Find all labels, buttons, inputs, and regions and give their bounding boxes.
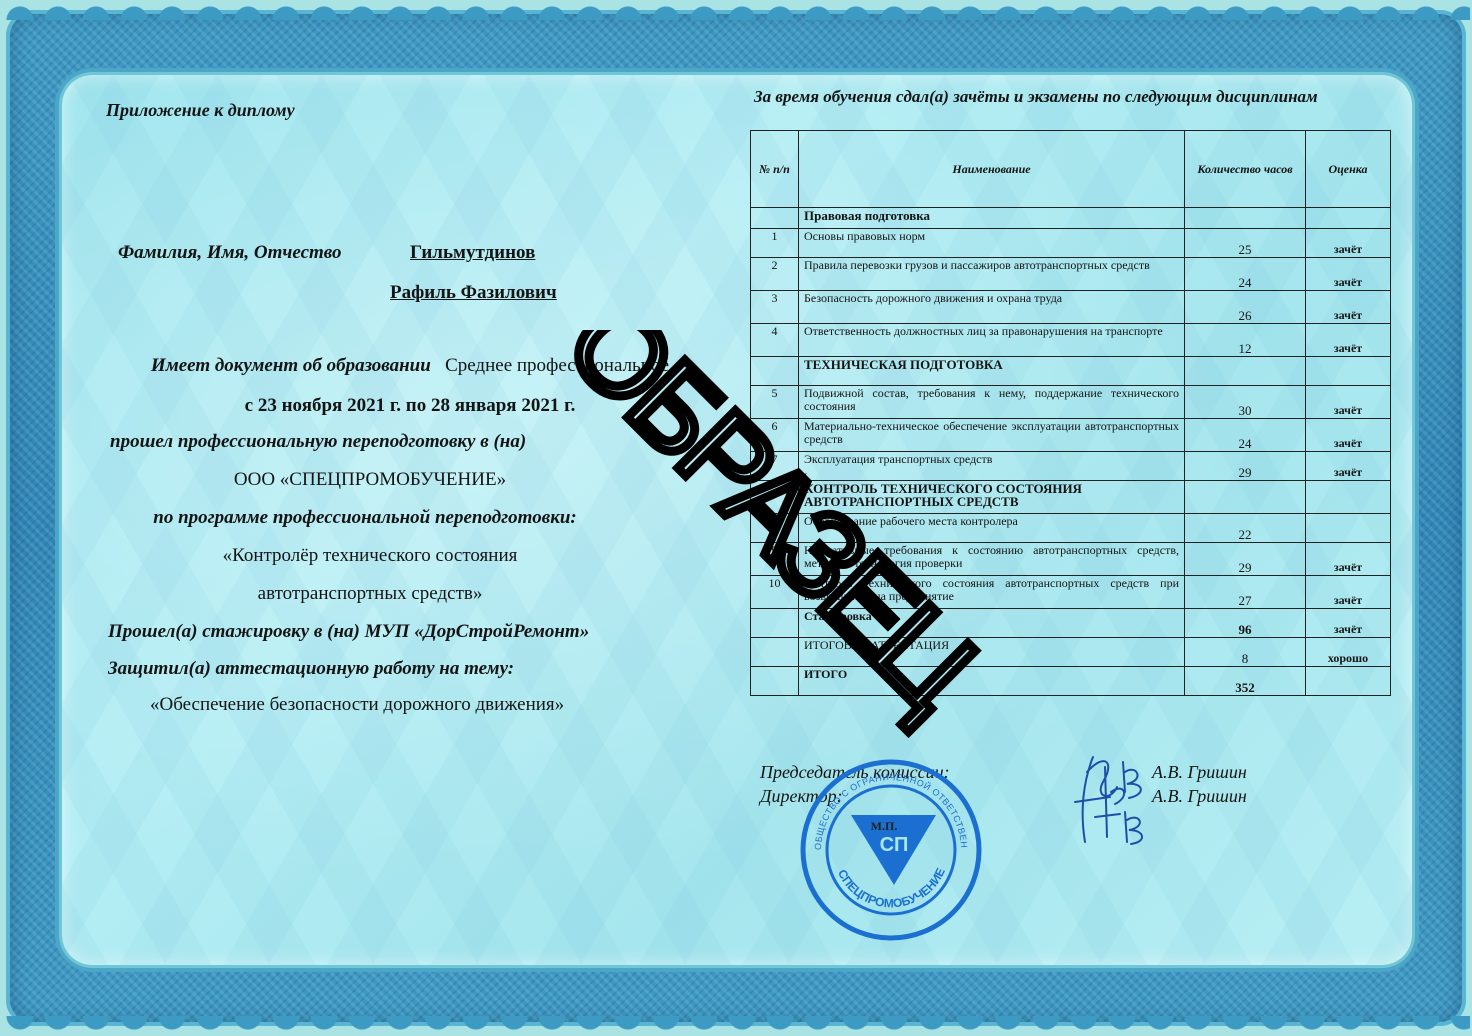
table-row: ИТОГО352	[751, 667, 1391, 696]
cell-num: 8	[751, 514, 799, 543]
cell-hours: 26	[1185, 291, 1306, 324]
internship-line: Прошел(а) стажировку в (на) МУП «ДорСтро…	[108, 621, 589, 643]
table-row: ИТОГОВАЯ АТТЕСТАЦИЯ8хорошо	[751, 638, 1391, 667]
fio-label: Фамилия, Имя, Отчество	[118, 242, 342, 264]
table-row: 6Материально-техническое обеспечение экс…	[751, 419, 1391, 452]
cell-grade: зачёт	[1306, 576, 1391, 609]
table-body: Правовая подготовка1Основы правовых норм…	[751, 208, 1391, 696]
cell-grade: зачёт	[1306, 609, 1391, 638]
cell-name: Нормативные требования к состоянию автот…	[799, 543, 1185, 576]
cell-name: Безопасность дорожного движения и охрана…	[799, 291, 1185, 324]
cell-name: Материально-техническое обеспечение эксп…	[799, 419, 1185, 452]
cell-name: ТЕХНИЧЕСКАЯ ПОДГОТОВКА	[799, 357, 1185, 386]
cell-name: ИТОГО	[799, 667, 1185, 696]
cell-hours: 25	[1185, 229, 1306, 258]
section-row: ТЕХНИЧЕСКАЯ ПОДГОТОВКА	[751, 357, 1391, 386]
cell-name: Правовая подготовка	[799, 208, 1185, 229]
program-title-line2: автотранспортных средств»	[100, 583, 640, 605]
cell-name: Эксплуатация транспортных средств	[799, 452, 1185, 481]
cell-name: Контроль технического состояния автотран…	[799, 576, 1185, 609]
cell-grade: зачёт	[1306, 419, 1391, 452]
cell-grade	[1306, 357, 1391, 386]
col-num-header: № п/п	[751, 131, 799, 208]
cell-hours	[1185, 208, 1306, 229]
cell-grade: зачёт	[1306, 386, 1391, 419]
cell-hours: 8	[1185, 638, 1306, 667]
cell-num: 2	[751, 258, 799, 291]
section-row: КОНТРОЛЬ ТЕХНИЧЕСКОГО СОСТОЯНИЯ АВТОТРАН…	[751, 481, 1391, 514]
cell-hours	[1185, 481, 1306, 514]
table-row: 4Ответственность должностных лиц за прав…	[751, 324, 1391, 357]
thesis-label: Защитил(а) аттестационную работу на тему…	[108, 658, 514, 680]
surname: Гильмутдинов	[410, 242, 535, 264]
retraining-label: прошел профессиональную переподготовку в…	[100, 431, 610, 453]
disciplines-table: № п/п Наименование Количество часов Оцен…	[750, 130, 1391, 696]
table-row: 7Эксплуатация транспортных средств29зачё…	[751, 452, 1391, 481]
cell-num: 4	[751, 324, 799, 357]
cell-num	[751, 667, 799, 696]
organization-name: ООО «СПЕЦПРОМОБУЧЕНИЕ»	[100, 469, 640, 491]
cell-hours: 96	[1185, 609, 1306, 638]
cell-name: Стажировка	[799, 609, 1185, 638]
table-header-row: № п/п Наименование Количество часов Оцен…	[751, 131, 1391, 208]
col-grade-header: Оценка	[1306, 131, 1391, 208]
col-hours-header: Количество часов	[1185, 131, 1306, 208]
cell-num: 7	[751, 452, 799, 481]
table-row: 8Оборудование рабочего места контролера2…	[751, 514, 1391, 543]
cell-grade	[1306, 481, 1391, 514]
program-label: по программе профессиональной переподгот…	[95, 507, 635, 529]
cell-num: 1	[751, 229, 799, 258]
official-stamp: ОБЩЕСТВО С ОГРАНИЧЕННОЙ ОТВЕТСТВЕННОСТЬЮ…	[796, 755, 986, 945]
cell-grade	[1306, 514, 1391, 543]
cell-hours: 352	[1185, 667, 1306, 696]
education-label: Имеет документ об образовании	[151, 355, 431, 376]
cell-hours: 29	[1185, 452, 1306, 481]
cell-hours: 30	[1185, 386, 1306, 419]
study-period: с 23 ноября 2021 г. по 28 января 2021 г.	[100, 395, 720, 417]
cell-name: Правила перевозки грузов и пассажиров ав…	[799, 258, 1185, 291]
cell-num	[751, 481, 799, 514]
education-line: Имеет документ об образовании Среднее пр…	[100, 355, 720, 377]
cell-name: Основы правовых норм	[799, 229, 1185, 258]
cell-num: 3	[751, 291, 799, 324]
appendix-title: Приложение к диплому	[106, 100, 295, 121]
cell-num: 9	[751, 543, 799, 576]
cell-grade: зачёт	[1306, 291, 1391, 324]
table-title: За время обучения сдал(а) зачёты и экзам…	[754, 87, 1354, 106]
cell-name: ИТОГОВАЯ АТТЕСТАЦИЯ	[799, 638, 1185, 667]
cell-name: Оборудование рабочего места контролера	[799, 514, 1185, 543]
cell-grade: зачёт	[1306, 452, 1391, 481]
cell-hours	[1185, 357, 1306, 386]
cell-name: Ответственность должностных лиц за право…	[799, 324, 1185, 357]
cell-grade: зачёт	[1306, 543, 1391, 576]
cell-hours: 24	[1185, 419, 1306, 452]
cell-num	[751, 609, 799, 638]
cell-hours: 22	[1185, 514, 1306, 543]
table-row: 2Правила перевозки грузов и пассажиров а…	[751, 258, 1391, 291]
cell-name: Подвижной состав, требования к нему, под…	[799, 386, 1185, 419]
table-row: Стажировка96зачёт	[751, 609, 1391, 638]
table-row: 3Безопасность дорожного движения и охран…	[751, 291, 1391, 324]
cell-num	[751, 638, 799, 667]
cell-hours: 12	[1185, 324, 1306, 357]
cell-num	[751, 208, 799, 229]
cell-num: 10	[751, 576, 799, 609]
program-title-line1: «Контролёр технического состояния	[100, 545, 640, 567]
table-row: 5Подвижной состав, требования к нему, по…	[751, 386, 1391, 419]
cell-hours: 27	[1185, 576, 1306, 609]
table-row: 9Нормативные требования к состоянию авто…	[751, 543, 1391, 576]
svg-text:СП: СП	[880, 834, 909, 856]
cell-grade	[1306, 208, 1391, 229]
given-names: Рафиль Фазилович	[390, 282, 557, 304]
section-row: Правовая подготовка	[751, 208, 1391, 229]
cell-name: КОНТРОЛЬ ТЕХНИЧЕСКОГО СОСТОЯНИЯ АВТОТРАН…	[799, 481, 1185, 514]
col-name-header: Наименование	[799, 131, 1185, 208]
thesis-title: «Обеспечение безопасности дорожного движ…	[150, 694, 564, 716]
table-row: 10Контроль технического состояния автотр…	[751, 576, 1391, 609]
cell-hours: 29	[1185, 543, 1306, 576]
table-row: 1Основы правовых норм25зачёт	[751, 229, 1391, 258]
stamp-mp-label: М.П.	[871, 819, 898, 833]
cell-num: 6	[751, 419, 799, 452]
cell-grade: зачёт	[1306, 258, 1391, 291]
education-value: Среднее профессиональное	[445, 355, 669, 376]
cell-grade: зачёт	[1306, 229, 1391, 258]
cell-num	[751, 357, 799, 386]
cell-grade: зачёт	[1306, 324, 1391, 357]
cell-grade	[1306, 667, 1391, 696]
cell-grade: хорошо	[1306, 638, 1391, 667]
cell-num: 5	[751, 386, 799, 419]
signature-icon	[1065, 742, 1185, 852]
cell-hours: 24	[1185, 258, 1306, 291]
